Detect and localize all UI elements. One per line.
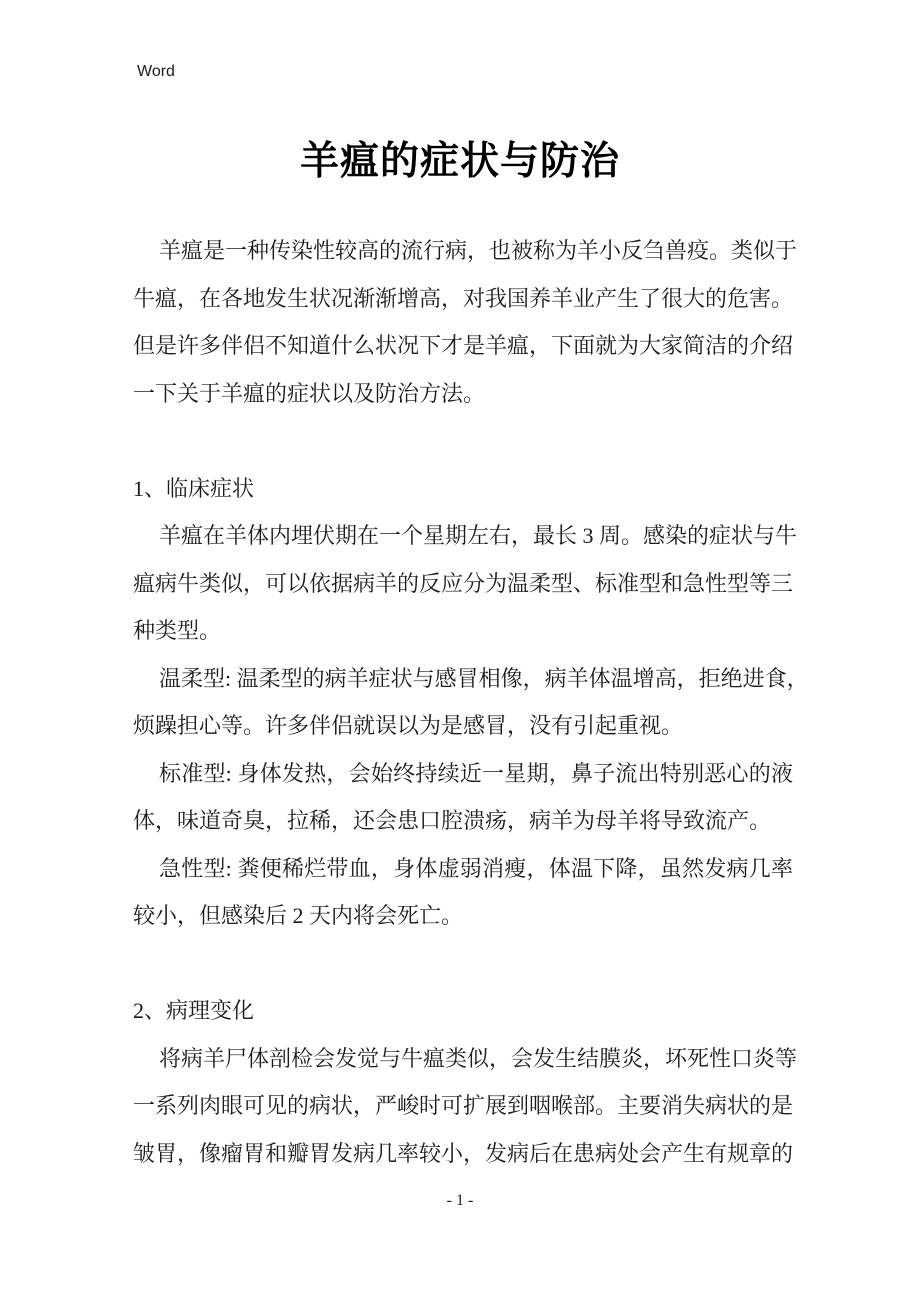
app-label: Word (137, 62, 175, 82)
section-heading: 1、临床症状 (133, 465, 793, 513)
text-line: 体，味道奇臭，拉稀，还会患口腔溃疡，病羊为母羊将导致流产。 (133, 797, 793, 845)
text-line: 一下关于羊瘟的症状以及防治方法。 (133, 370, 793, 418)
text-line: 将病羊尸体剖检会发觉与牛瘟类似，会发生结膜炎，坏死性口炎等 (133, 1035, 793, 1083)
document-title: 羊瘟的症状与防治 (0, 138, 920, 186)
text-line: 急性型: 粪便稀烂带血，身体虚弱消瘦，体温下降，虽然发病几率 (133, 845, 793, 893)
page-number: - 1 - (0, 1190, 920, 1212)
text-line: 一系列肉眼可见的病状，严峻时可扩展到咽喉部。主要消失病状的是 (133, 1082, 793, 1130)
text-line: 瘟病牛类似，可以依据病羊的反应分为温柔型、标准型和急性型等三 (133, 560, 793, 608)
blank-line (133, 940, 793, 988)
text-line: 温柔型: 温柔型的病羊症状与感冒相像，病羊体温增高，拒绝进食， (133, 655, 793, 703)
blank-line (133, 417, 793, 465)
section-heading: 2、病理变化 (133, 987, 793, 1035)
text-line: 羊瘟在羊体内埋伏期在一个星期左右，最长 3 周。感染的症状与牛 (133, 512, 793, 560)
text-line: 皱胃，像瘤胃和瓣胃发病几率较小，发病后在患病处会产生有规章的 (133, 1130, 793, 1178)
text-line: 标准型: 身体发热，会始终持续近一星期，鼻子流出特别恶心的液 (133, 750, 793, 798)
text-line: 烦躁担心等。许多伴侣就误以为是感冒，没有引起重视。 (133, 702, 793, 750)
text-line: 牛瘟，在各地发生状况渐渐增高，对我国养羊业产生了很大的危害。 (133, 275, 793, 323)
document-page: Word 羊瘟的症状与防治 羊瘟是一种传染性较高的流行病，也被称为羊小反刍兽疫。… (0, 0, 920, 1302)
text-line: 羊瘟是一种传染性较高的流行病，也被称为羊小反刍兽疫。类似于 (133, 227, 793, 275)
text-line: 但是许多伴侣不知道什么状况下才是羊瘟，下面就为大家简洁的介绍 (133, 322, 793, 370)
text-line: 种类型。 (133, 607, 793, 655)
text-line: 较小，但感染后 2 天内将会死亡。 (133, 892, 793, 940)
document-body: 羊瘟是一种传染性较高的流行病，也被称为羊小反刍兽疫。类似于牛瘟，在各地发生状况渐… (133, 227, 793, 1177)
